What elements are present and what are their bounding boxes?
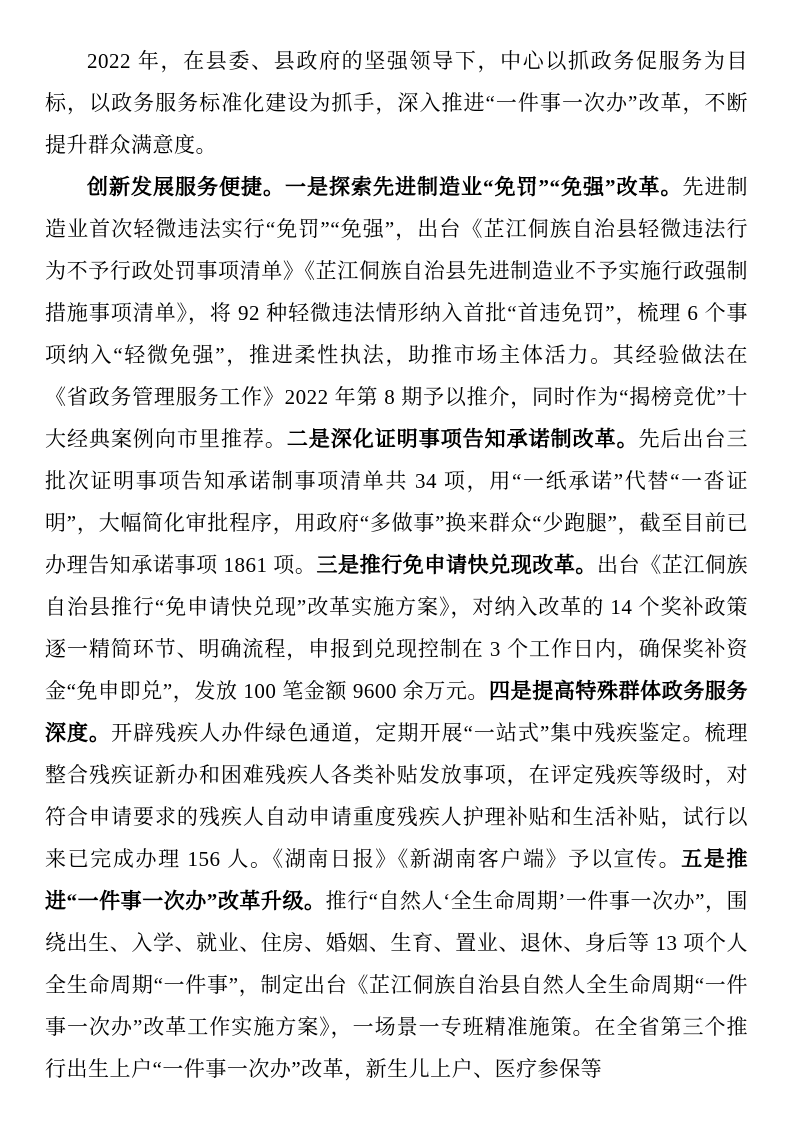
text-segment-1: 先进制造业首次轻微违法实行“免罚”“免强”，出台《芷江侗族自治县轻微违法行为不予… xyxy=(45,175,748,451)
document-body: 2022 年，在县委、县政府的坚强领导下，中心以抓政务促服务为目标，以政务服务标… xyxy=(45,40,748,1090)
intro-paragraph: 2022 年，在县委、县政府的坚强领导下，中心以抓政务促服务为目标，以政务服务标… xyxy=(45,40,748,166)
intro-text: 2022 年，在县委、县政府的坚强领导下，中心以抓政务促服务为目标，以政务服务标… xyxy=(45,49,748,157)
document-page: 2022 年，在县委、县政府的坚强领导下，中心以抓政务促服务为目标，以政务服务标… xyxy=(0,0,793,1122)
section-heading-2: 二是深化证明事项告知承诺制改革。 xyxy=(287,427,639,451)
text-segment-4: 开辟残疾人办件绿色通道，定期开展“一站式”集中残疾鉴定。梳理整合残疾证新办和困难… xyxy=(45,721,748,871)
section-heading-3: 三是推行免申请快兑现改革。 xyxy=(316,553,597,577)
section-heading-innovation: 创新发展服务便捷。一是探索先进制造业“免罚”“免强”改革。 xyxy=(87,175,683,199)
text-segment-5: 推行“自然人‘全生命周期’一件事一次办”，围绕出生、入学、就业、住房、婚姻、生育… xyxy=(45,889,748,1081)
body-paragraph: 创新发展服务便捷。一是探索先进制造业“免罚”“免强”改革。先进制造业首次轻微违法… xyxy=(45,166,748,1090)
